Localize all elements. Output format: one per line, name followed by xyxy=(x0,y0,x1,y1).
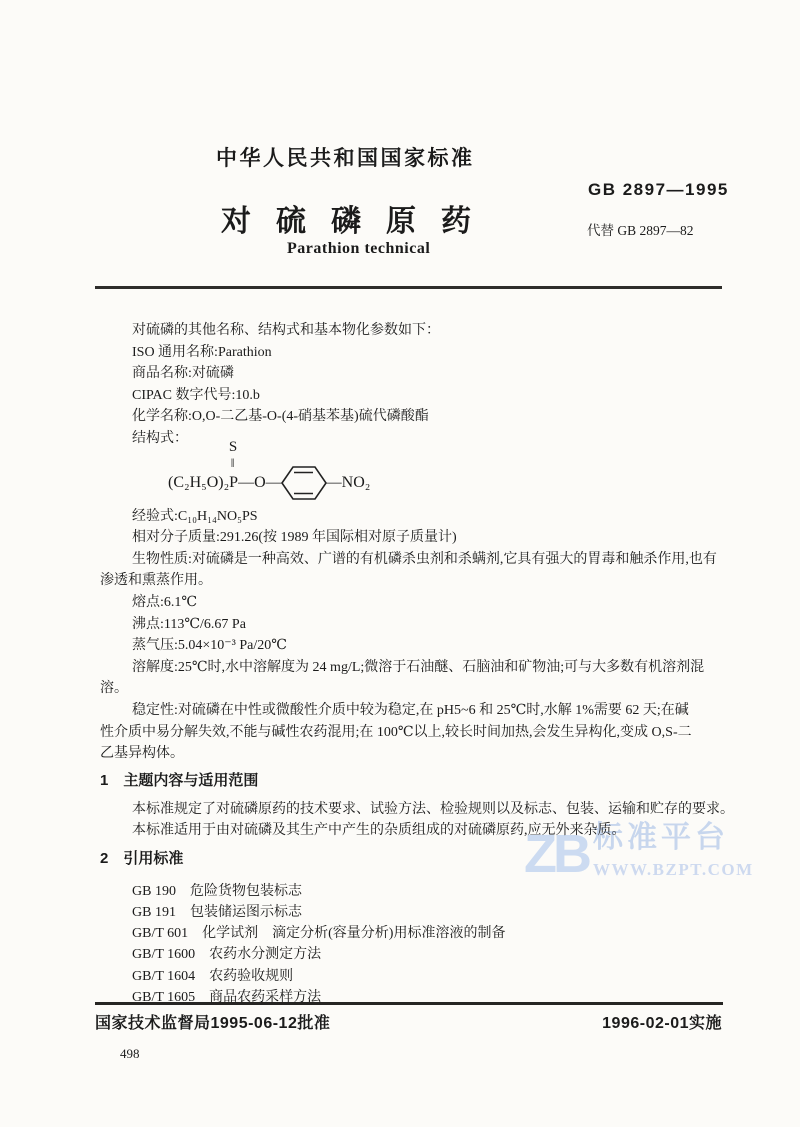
benzene-ring-icon xyxy=(280,463,328,503)
document-body: 对硫磷的其他名称、结构式和基本物化参数如下： ISO 通用名称:Parathio… xyxy=(100,320,724,1008)
reference-code: GB 191 xyxy=(132,902,176,923)
property-line: 相对分子质量:291.26(按 1989 年国际相对原子质量计) xyxy=(100,527,724,549)
phosphate-ester-text: (C₂H₅O)₂P xyxy=(168,474,238,491)
approval-note: 国家技术监督局1995-06-12批准 xyxy=(95,1010,330,1033)
property-line: 生物性质:对硫磷是一种高效、广谱的有机磷杀虫剂和杀螨剂,它具有强大的胃毒和触杀作… xyxy=(100,549,724,571)
reference-item: GB/T 601化学试剂 滴定分析(容量分析)用标准溶液的制备 xyxy=(100,923,724,944)
standard-code: GB 2897—1995 xyxy=(588,180,729,200)
supersedes-note: 代替 GB 2897—82 xyxy=(587,219,694,239)
section-2-heading: 2 引用标准 xyxy=(100,848,724,870)
intro-line: 商品名称:对硫磷 xyxy=(100,363,724,385)
implementation-note: 1996-02-01实施 xyxy=(602,1010,722,1033)
formula-row: S ‖ (C₂H₅O)₂P —O— —NO₂ xyxy=(168,463,370,503)
intro-line: CIPAC 数字代号:10.b xyxy=(100,385,724,407)
reference-code: GB/T 1605 xyxy=(132,987,195,1008)
intro-line: 化学名称:O,O-二乙基-O-(4-硝基苯基)硫代磷酸酯 xyxy=(100,406,724,428)
property-line: 熔点:6.1℃ xyxy=(100,592,724,614)
document-title-cn: 对硫磷原药 xyxy=(221,196,496,240)
property-line: 渗透和熏蒸作用。 xyxy=(100,570,724,592)
double-bond: ‖ xyxy=(226,455,238,471)
phosphorothioate-group: S ‖ (C₂H₅O)₂P xyxy=(168,474,238,492)
reference-item: GB/T 1605商品农药采样方法 xyxy=(100,987,724,1008)
property-line: 蒸气压:5.04×10⁻³ Pa/20℃ xyxy=(100,635,724,657)
reference-title: 化学试剂 滴定分析(容量分析)用标准溶液的制备 xyxy=(202,926,505,941)
property-line: 溶解度:25℃时,水中溶解度为 24 mg/L;微溶于石油醚、石脑油和矿物油;可… xyxy=(100,657,724,679)
structural-formula: S ‖ (C₂H₅O)₂P —O— —NO₂ xyxy=(100,450,724,506)
header-divider xyxy=(95,286,722,289)
property-line: 沸点:113℃/6.67 Pa xyxy=(100,614,724,636)
reference-code: GB 190 xyxy=(132,881,176,902)
section-1-heading: 1 主题内容与适用范围 xyxy=(100,770,724,792)
oxygen-bridge: —O— xyxy=(238,474,282,492)
document-title-en: Parathion technical xyxy=(287,240,430,258)
reference-title: 农药水分测定方法 xyxy=(209,947,321,962)
reference-title: 农药验收规则 xyxy=(209,969,293,984)
reference-item: GB 190危险货物包装标志 xyxy=(100,881,724,902)
reference-title: 包装储运图示标志 xyxy=(190,905,302,920)
reference-title: 危险货物包装标志 xyxy=(190,884,302,899)
sulfur-atom: S xyxy=(227,439,239,456)
property-line: 乙基异构体。 xyxy=(100,743,724,765)
property-line: 经验式:C₁₀H₁₄NO₅PS xyxy=(100,506,724,528)
reference-code: GB/T 601 xyxy=(132,923,188,944)
standard-type-label: 中华人民共和国国家标准 xyxy=(216,142,475,172)
intro-line: 对硫磷的其他名称、结构式和基本物化参数如下： xyxy=(100,320,724,342)
intro-line: ISO 通用名称:Parathion xyxy=(100,342,724,364)
reference-title: 商品农药采样方法 xyxy=(209,990,321,1005)
property-line: 溶。 xyxy=(100,678,724,700)
property-line: 稳定性:对硫磷在中性或微酸性介质中较为稳定,在 pH5~6 和 25℃时,水解 … xyxy=(100,700,724,722)
reference-code: GB/T 1604 xyxy=(132,966,195,987)
nitro-group: —NO₂ xyxy=(326,474,371,492)
reference-item: GB/T 1600农药水分测定方法 xyxy=(100,944,724,965)
reference-code: GB/T 1600 xyxy=(132,944,195,965)
document-page: ZB 标准平台 WWW.BZPT.COM 中华人民共和国国家标准 GB 2897… xyxy=(0,0,800,1127)
reference-item: GB/T 1604农药验收规则 xyxy=(100,966,724,987)
property-line: 性介质中易分解失效,不能与碱性农药混用;在 100℃以上,较长时间加热,会发生异… xyxy=(100,722,724,744)
page-number: 498 xyxy=(120,1046,140,1062)
reference-item: GB 191包装储运图示标志 xyxy=(100,902,724,923)
intro-line: 结构式： xyxy=(100,428,724,450)
section-1-paragraph: 本标准适用于由对硫磷及其生产中产生的杂质组成的对硫磷原药,应无外来杂质。 xyxy=(100,820,724,842)
section-1-paragraph: 本标准规定了对硫磷原药的技术要求、试验方法、检验规则以及标志、包装、运输和贮存的… xyxy=(100,799,724,821)
